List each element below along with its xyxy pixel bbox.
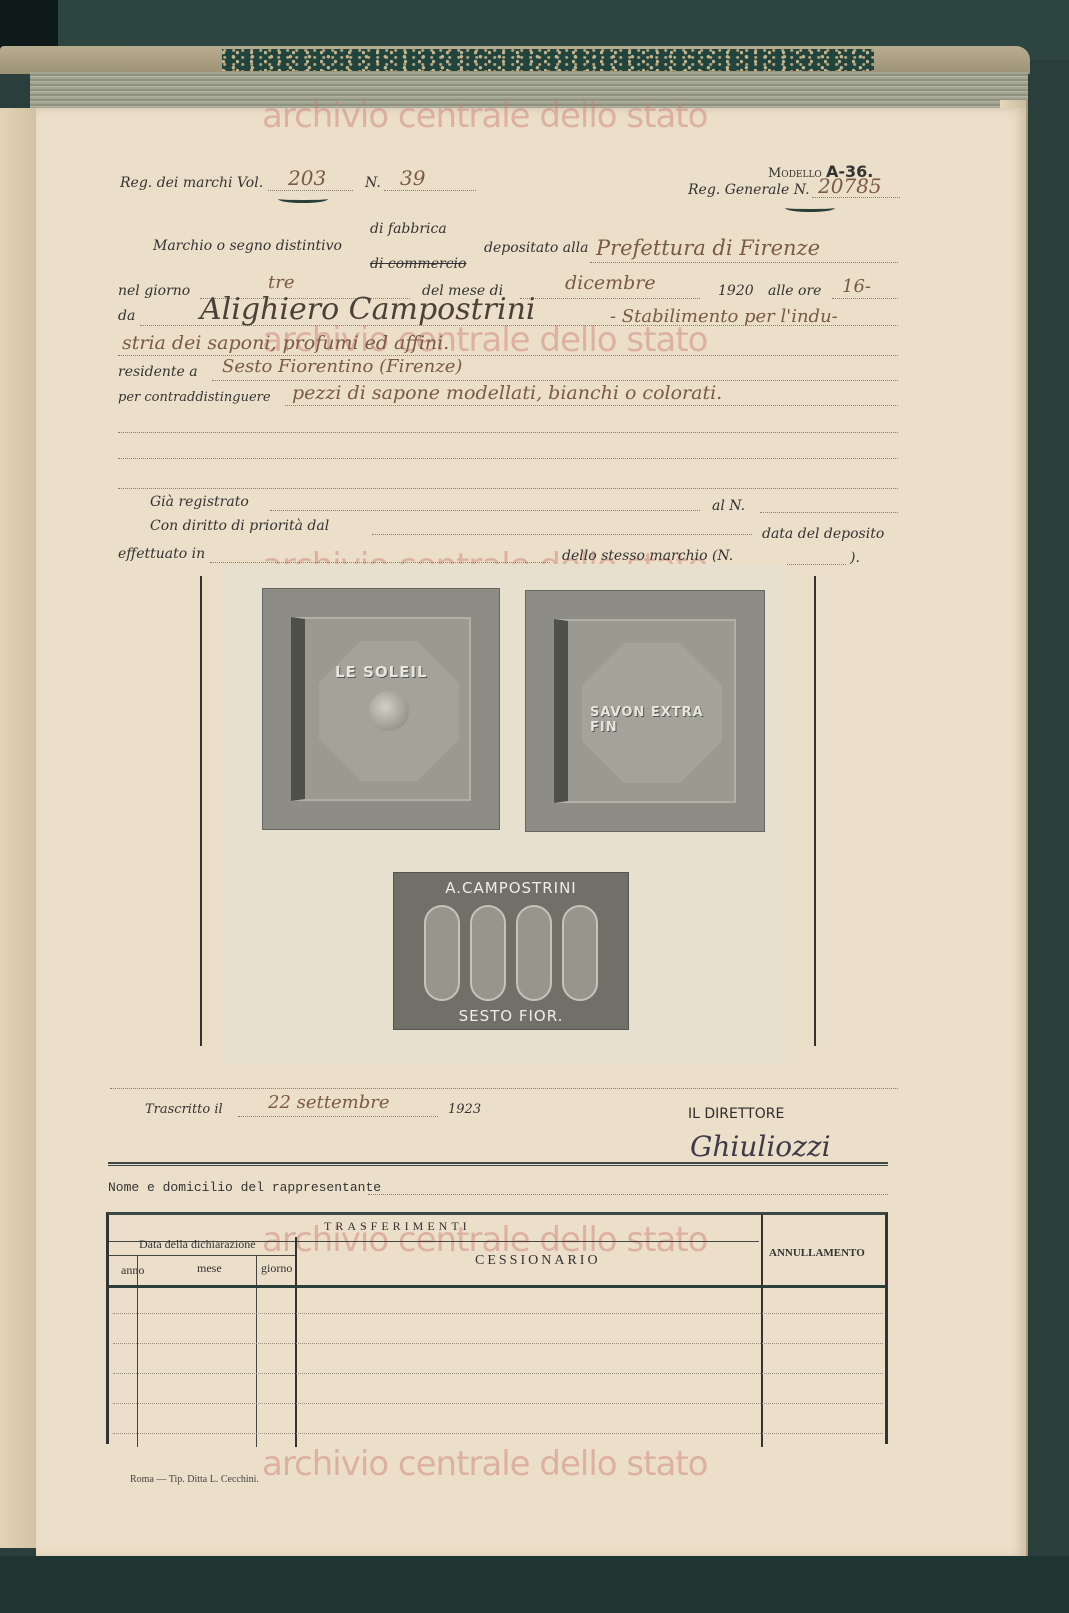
ore-value: 16- [842, 276, 871, 297]
table-row [113, 1403, 883, 1404]
dotted-line [372, 534, 752, 535]
table-row [113, 1343, 883, 1344]
contraddistinguere-label: per contraddistinguere [118, 390, 271, 405]
dotted-line [118, 432, 898, 433]
trademark-registration-form: Modello A-36. Reg. dei marchi Vol. 203 N… [0, 0, 1069, 1613]
dotted-line [212, 380, 898, 381]
mese-value: dicembre [565, 272, 656, 294]
reg-marchi-label: Reg. dei marchi Vol. [120, 175, 263, 191]
gia-registrato-label: Già registrato [150, 494, 249, 510]
dotted-line [210, 562, 550, 563]
table-row [113, 1433, 883, 1434]
dotted-line [238, 1116, 438, 1117]
n-value: 39 [400, 166, 425, 190]
soap-text-campostrini: A.CAMPOSTRINI [394, 879, 628, 897]
residente-value: Sesto Fiorentino (Firenze) [222, 356, 462, 377]
reg-marchi-vol: 203 [288, 166, 326, 190]
effettuato-label: effettuato in [118, 546, 205, 562]
depositato-label: depositato alla [484, 240, 588, 256]
table-row [113, 1313, 883, 1314]
marchio-label: Marchio o segno distintivo [153, 238, 342, 254]
n-label: N. [365, 175, 381, 191]
residente-label: residente a [118, 364, 198, 380]
column-divider [137, 1255, 138, 1447]
trasferimenti-table: TRASFERIMENTI Data della dichiarazione a… [106, 1212, 888, 1444]
reg-generale-label: Reg. Generale N. [688, 182, 810, 198]
col-giorno: giorno [261, 1261, 292, 1276]
trascritto-label: Trascritto il [145, 1102, 223, 1117]
double-rule [108, 1162, 888, 1166]
table-row [113, 1373, 883, 1374]
depositato-value: Prefettura di Firenze [596, 236, 820, 260]
contraddistinguere-value: pezzi di sapone modellati, bianchi o col… [292, 382, 722, 404]
brace-ornament [785, 204, 835, 212]
soap-oval [424, 905, 460, 1001]
dotted-line [368, 1194, 888, 1195]
soap-oval [470, 905, 506, 1001]
dotted-line [118, 458, 898, 459]
priorita-label: Con diritto di priorità dal [150, 518, 329, 534]
col-anno: anno [121, 1263, 144, 1278]
soap-campostrini-bar: A.CAMPOSTRINI SESTO FIOR. [393, 872, 629, 1030]
soap-recess: LE SOLEIL [291, 617, 471, 801]
dotted-line [270, 510, 700, 511]
nel-giorno-value: tre [268, 272, 295, 293]
octagon-emboss [319, 641, 459, 781]
dotted-line [520, 298, 700, 299]
director-signature: Ghiuliozzi [690, 1130, 831, 1163]
di-fabbrica: di fabbrica [370, 221, 447, 237]
dotted-line [285, 405, 898, 406]
da-value: Alighiero Campostrini [200, 292, 536, 327]
col-cessionario: CESSIONARIO [475, 1253, 601, 1269]
soap-text-savon: SAVON EXTRA FIN [590, 705, 734, 735]
soap-savon-extra-fin: SAVON EXTRA FIN [525, 590, 765, 832]
soap-text-le-soleil: LE SOLEIL [335, 663, 428, 681]
soap-recess: SAVON EXTRA FIN [554, 619, 736, 803]
col-mese: mese [197, 1261, 222, 1276]
col-annullamento: ANNULLAMENTO [769, 1247, 865, 1259]
dotted-line [832, 298, 898, 299]
brace-ornament [278, 195, 328, 203]
column-divider [761, 1215, 763, 1447]
al-n-label: al N. [712, 498, 745, 514]
dotted-line [268, 190, 353, 191]
reg-generale-value: 20785 [818, 174, 882, 198]
da-line2: stria dei saponi, profumi ed affini. [122, 332, 449, 354]
nel-giorno-label: nel giorno [118, 283, 190, 299]
modello-text: Modello [768, 166, 822, 181]
di-commercio-struck: di commercio [370, 256, 466, 272]
dotted-line [384, 190, 476, 191]
anno-value: 1920 [718, 283, 754, 299]
trascritto-year: 1923 [448, 1102, 481, 1117]
rappresentante-label: Nome e domicilio del rappresentante [108, 1180, 381, 1195]
column-divider [256, 1255, 257, 1447]
table-header-rule [109, 1285, 885, 1288]
stesso-marchio-label: dello stesso marchio (N. [562, 548, 733, 564]
da-continuation: - Stabilimento per l'indu- [610, 306, 838, 327]
table-title: TRASFERIMENTI [324, 1219, 471, 1234]
dotted-line [760, 512, 898, 513]
close-paren: ). [850, 550, 860, 566]
direttore-label: IL DIRETTORE [688, 1106, 784, 1122]
sun-icon [369, 691, 409, 731]
ore-label: alle ore [768, 283, 821, 299]
soap-le-soleil: LE SOLEIL [262, 588, 500, 830]
dotted-line [590, 262, 898, 263]
soap-text-sesto-fior: SESTO FIOR. [394, 1007, 628, 1025]
column-divider [295, 1237, 297, 1447]
soap-oval [562, 905, 598, 1001]
printer-footer: Roma — Tip. Ditta L. Cecchini. [130, 1474, 259, 1485]
da-label: da [118, 308, 135, 324]
dotted-line [118, 488, 898, 489]
trascritto-value: 22 settembre [268, 1092, 389, 1113]
data-deposito-label: data del deposito [762, 526, 884, 542]
dotted-line [110, 1088, 898, 1089]
data-dichiarazione-header: Data della dichiarazione [139, 1237, 256, 1252]
soap-oval [516, 905, 552, 1001]
